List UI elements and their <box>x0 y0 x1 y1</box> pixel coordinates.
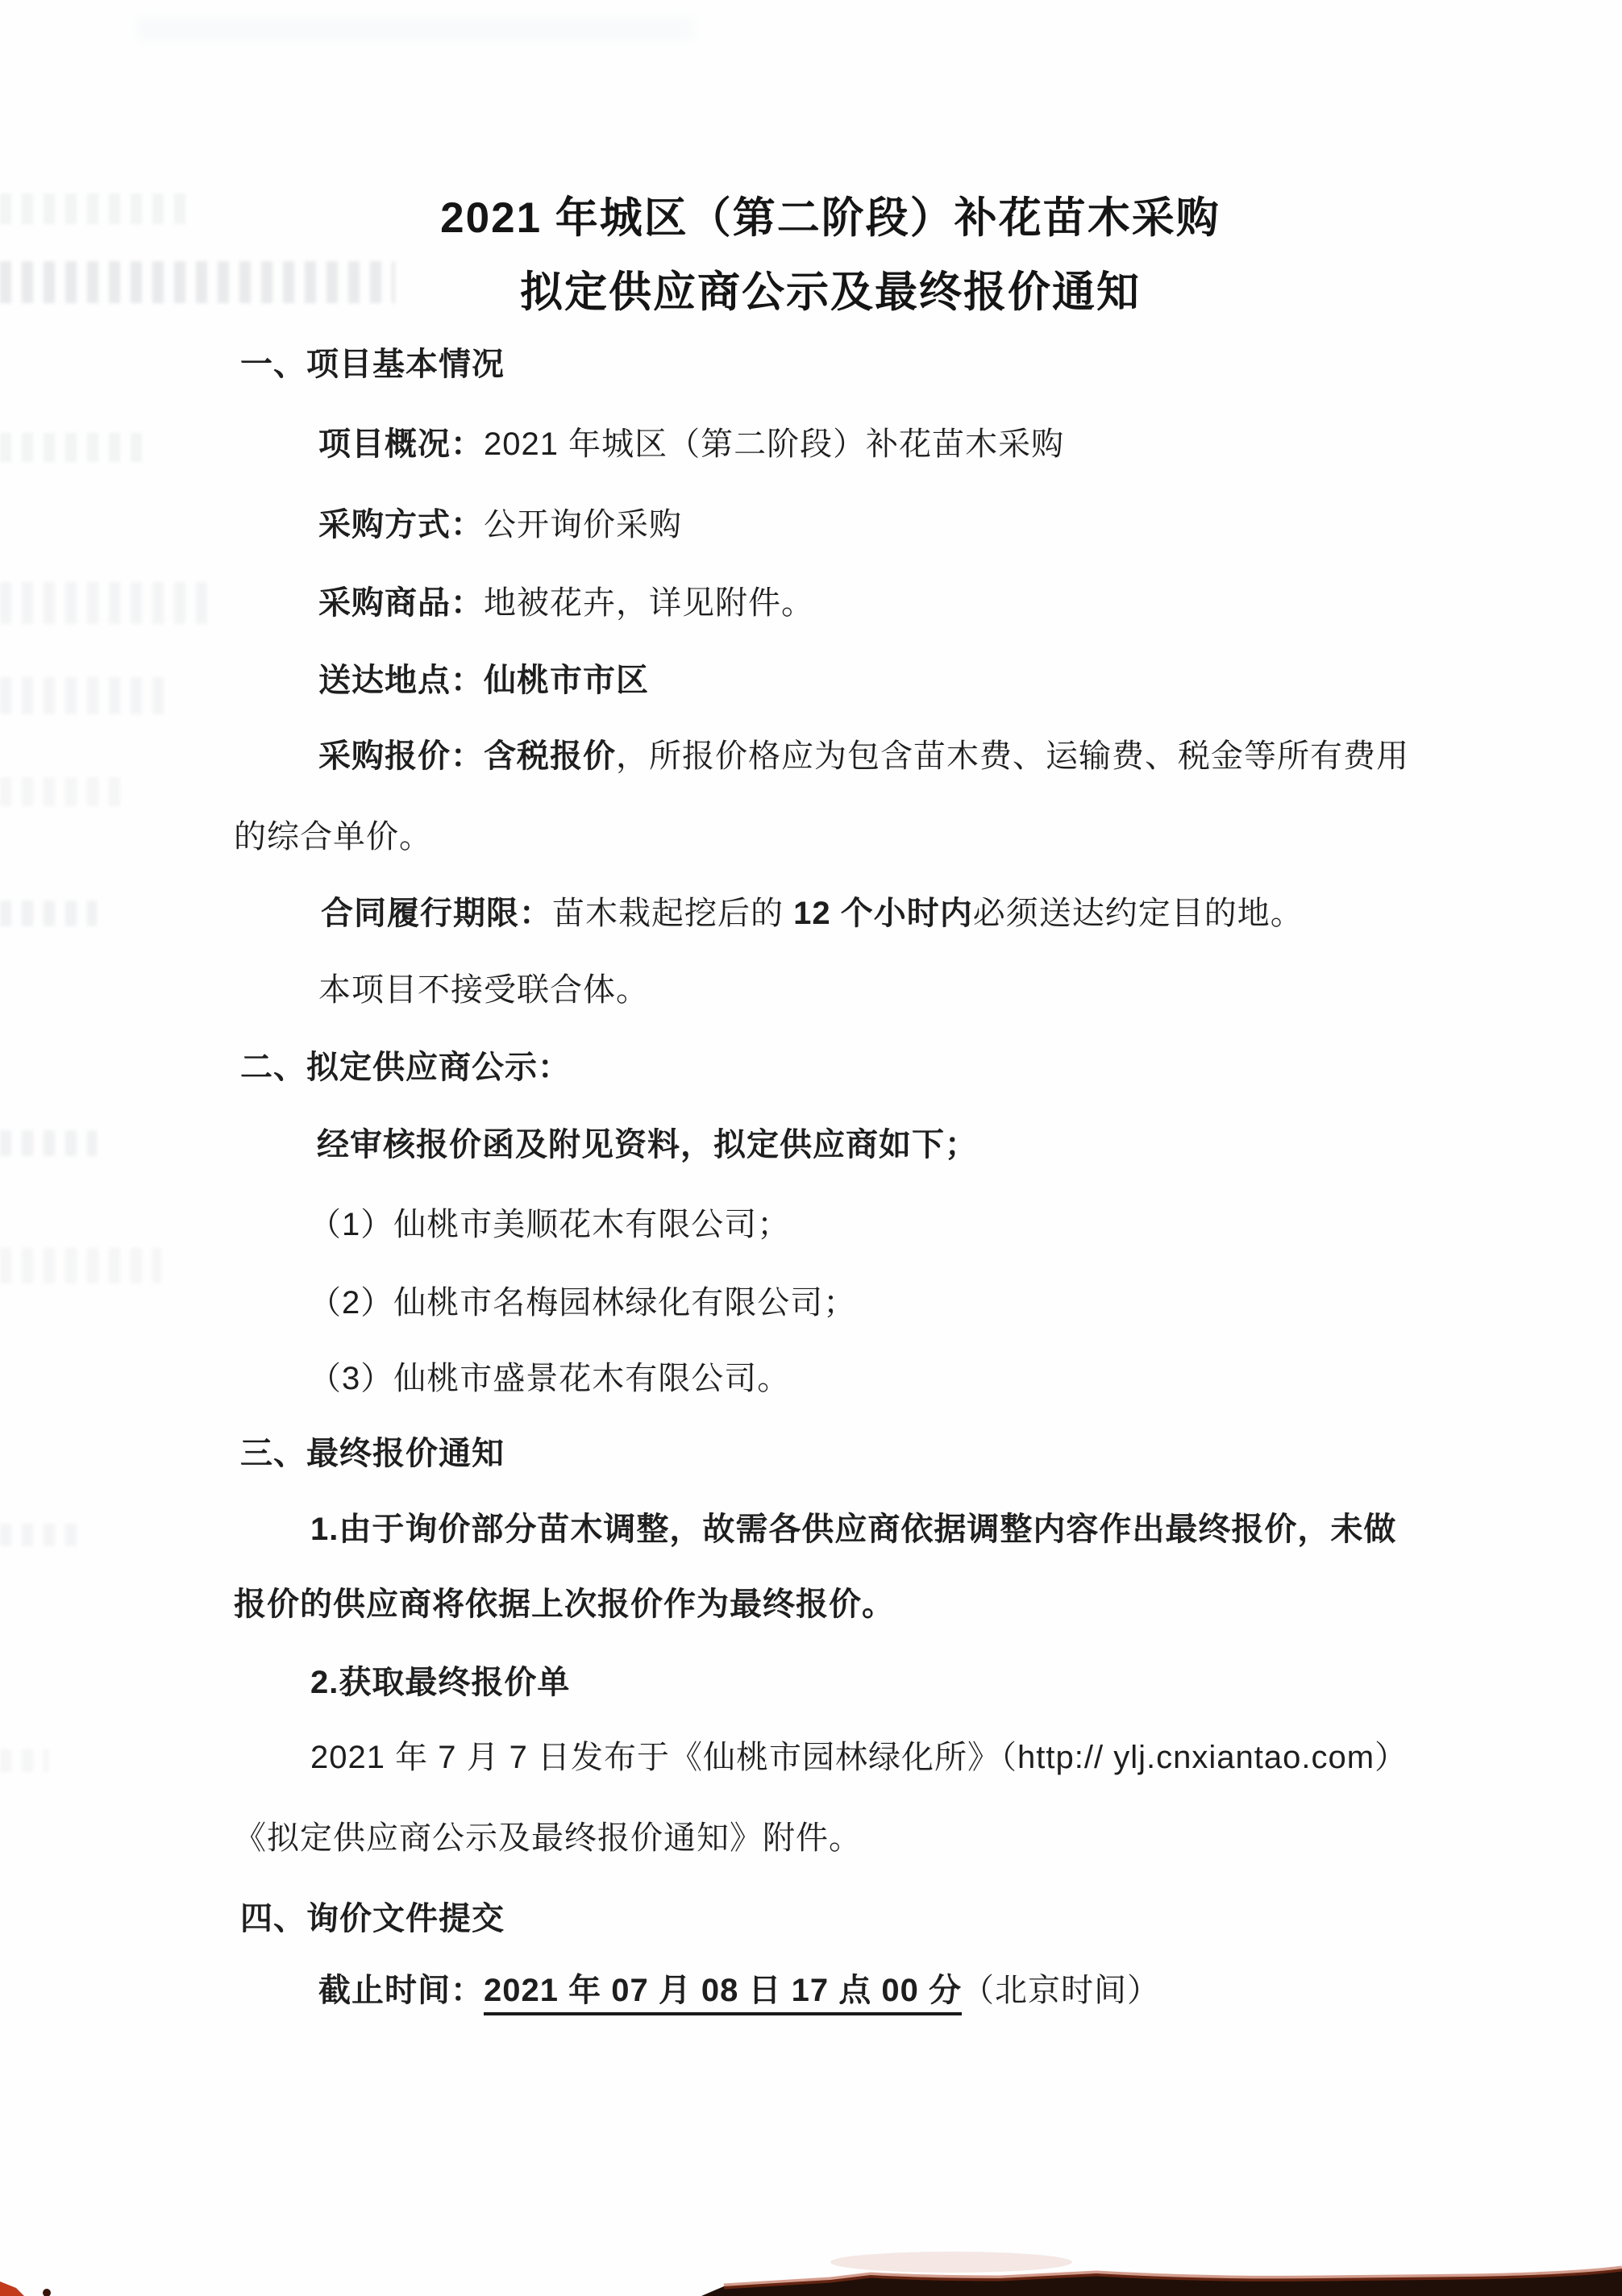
final-quote-paragraph-line1: 1.由于询价部分苗木调整，故需各供应商依据调整内容作出最终报价，未做 <box>310 1512 1396 1547</box>
procurement-goods-label: 采购商品： <box>318 585 484 621</box>
delivery-location-line: 送达地点：仙桃市市区 <box>318 663 649 698</box>
red-ink-mark <box>0 2281 24 2296</box>
contract-period-pre: 苗木栽起挖后的 <box>552 896 793 931</box>
scan-edge-shadow <box>0 2240 1622 2296</box>
supplier-item-1: （1）仙桃市美顺花木有限公司； <box>309 1208 790 1242</box>
page-title-line1: 2021 年城区（第二阶段）补花苗木采购 <box>242 184 1419 245</box>
deadline-label: 截止时间： <box>318 1973 484 2008</box>
obtain-quote-sheet-heading: 2.获取最终报价单 <box>310 1666 570 1700</box>
section4-heading: 四、询价文件提交 <box>240 1902 505 1936</box>
bleed-through-artifact <box>0 582 210 624</box>
quote-requirement-line: 采购报价：含税报价，所报价格应为包含苗木费、运输费、税金等所有费用 <box>318 739 1409 774</box>
supplier-item-2: （2）仙桃市名梅园林绿化有限公司； <box>309 1286 856 1321</box>
bleed-through-artifact <box>0 1749 48 1772</box>
contract-period-bold: 12 个小时内 <box>793 896 973 931</box>
section2-heading: 二、拟定供应商公示： <box>240 1050 571 1085</box>
procurement-method-line: 采购方式：公开询价采购 <box>318 508 682 543</box>
deadline-line: 截止时间：2021 年 07 月 08 日 17 点 00 分（北京时间） <box>318 1974 1160 2008</box>
project-overview-label: 项目概况： <box>318 426 484 462</box>
section3-heading: 三、最终报价通知 <box>240 1437 505 1471</box>
section2-intro: 经审核报价函及附见资料，拟定供应商如下； <box>317 1128 978 1163</box>
bleed-through-artifact <box>0 1130 97 1156</box>
bleed-through-artifact <box>0 193 185 224</box>
deadline-suffix: （北京时间） <box>962 1973 1160 2008</box>
project-overview-value: 2021 年城区（第二阶段）补花苗木采购 <box>484 426 1064 462</box>
procurement-method-label: 采购方式： <box>318 507 484 543</box>
deadline-value: 2021 年 07 月 08 日 17 点 00 分 <box>484 1973 962 2015</box>
publish-info-line2: 《拟定供应商公示及最终报价通知》附件。 <box>234 1821 862 1856</box>
contract-period-label: 合同履行期限： <box>321 896 552 931</box>
contract-period-line: 合同履行期限：苗木栽起挖后的 12 个小时内必须送达约定目的地。 <box>321 896 1304 931</box>
procurement-goods-value: 地被花卉，详见附件。 <box>484 585 814 621</box>
bleed-through-artifact <box>0 1248 161 1283</box>
quote-rest: ，所报价格应为包含苗木费、运输费、税金等所有费用 <box>616 738 1409 774</box>
page-edge-dark-band <box>701 2269 1622 2296</box>
final-quote-paragraph-line2: 报价的供应商将依据上次报价作为最终报价。 <box>234 1587 895 1622</box>
scan-smudge-artifact <box>137 18 693 40</box>
bleed-through-artifact <box>0 433 145 462</box>
procurement-method-value: 公开询价采购 <box>484 507 682 543</box>
procurement-goods-line: 采购商品：地被花卉，详见附件。 <box>318 586 814 621</box>
bleed-through-artifact <box>0 1524 81 1546</box>
ink-speck <box>43 2289 51 2296</box>
scan-smudge-artifact <box>830 2252 1072 2273</box>
supplier-item-3: （3）仙桃市盛景花木有限公司。 <box>309 1362 790 1396</box>
section1-heading: 一、项目基本情况 <box>240 347 505 382</box>
no-consortium-line: 本项目不接受联合体。 <box>318 973 649 1008</box>
contract-period-rest: 必须送达约定目的地。 <box>973 896 1304 931</box>
project-overview-line: 项目概况：2021 年城区（第二阶段）补花苗木采购 <box>318 427 1064 462</box>
page-title-line2: 拟定供应商公示及最终报价通知 <box>242 258 1419 319</box>
quote-bold-term: 含税报价 <box>484 738 616 774</box>
quote-label: 采购报价： <box>318 738 484 774</box>
bleed-through-artifact <box>0 901 97 926</box>
publish-info-line1: 2021 年 7 月 7 日发布于《仙桃市园林绿化所》（http:// ylj.… <box>310 1741 1408 1775</box>
quote-requirement-continuation: 的综合单价。 <box>234 820 432 855</box>
bleed-through-artifact <box>0 777 121 806</box>
scanned-document-page: 2021 年城区（第二阶段）补花苗木采购 拟定供应商公示及最终报价通知 一、项目… <box>0 0 1622 2296</box>
bleed-through-artifact <box>0 677 169 714</box>
